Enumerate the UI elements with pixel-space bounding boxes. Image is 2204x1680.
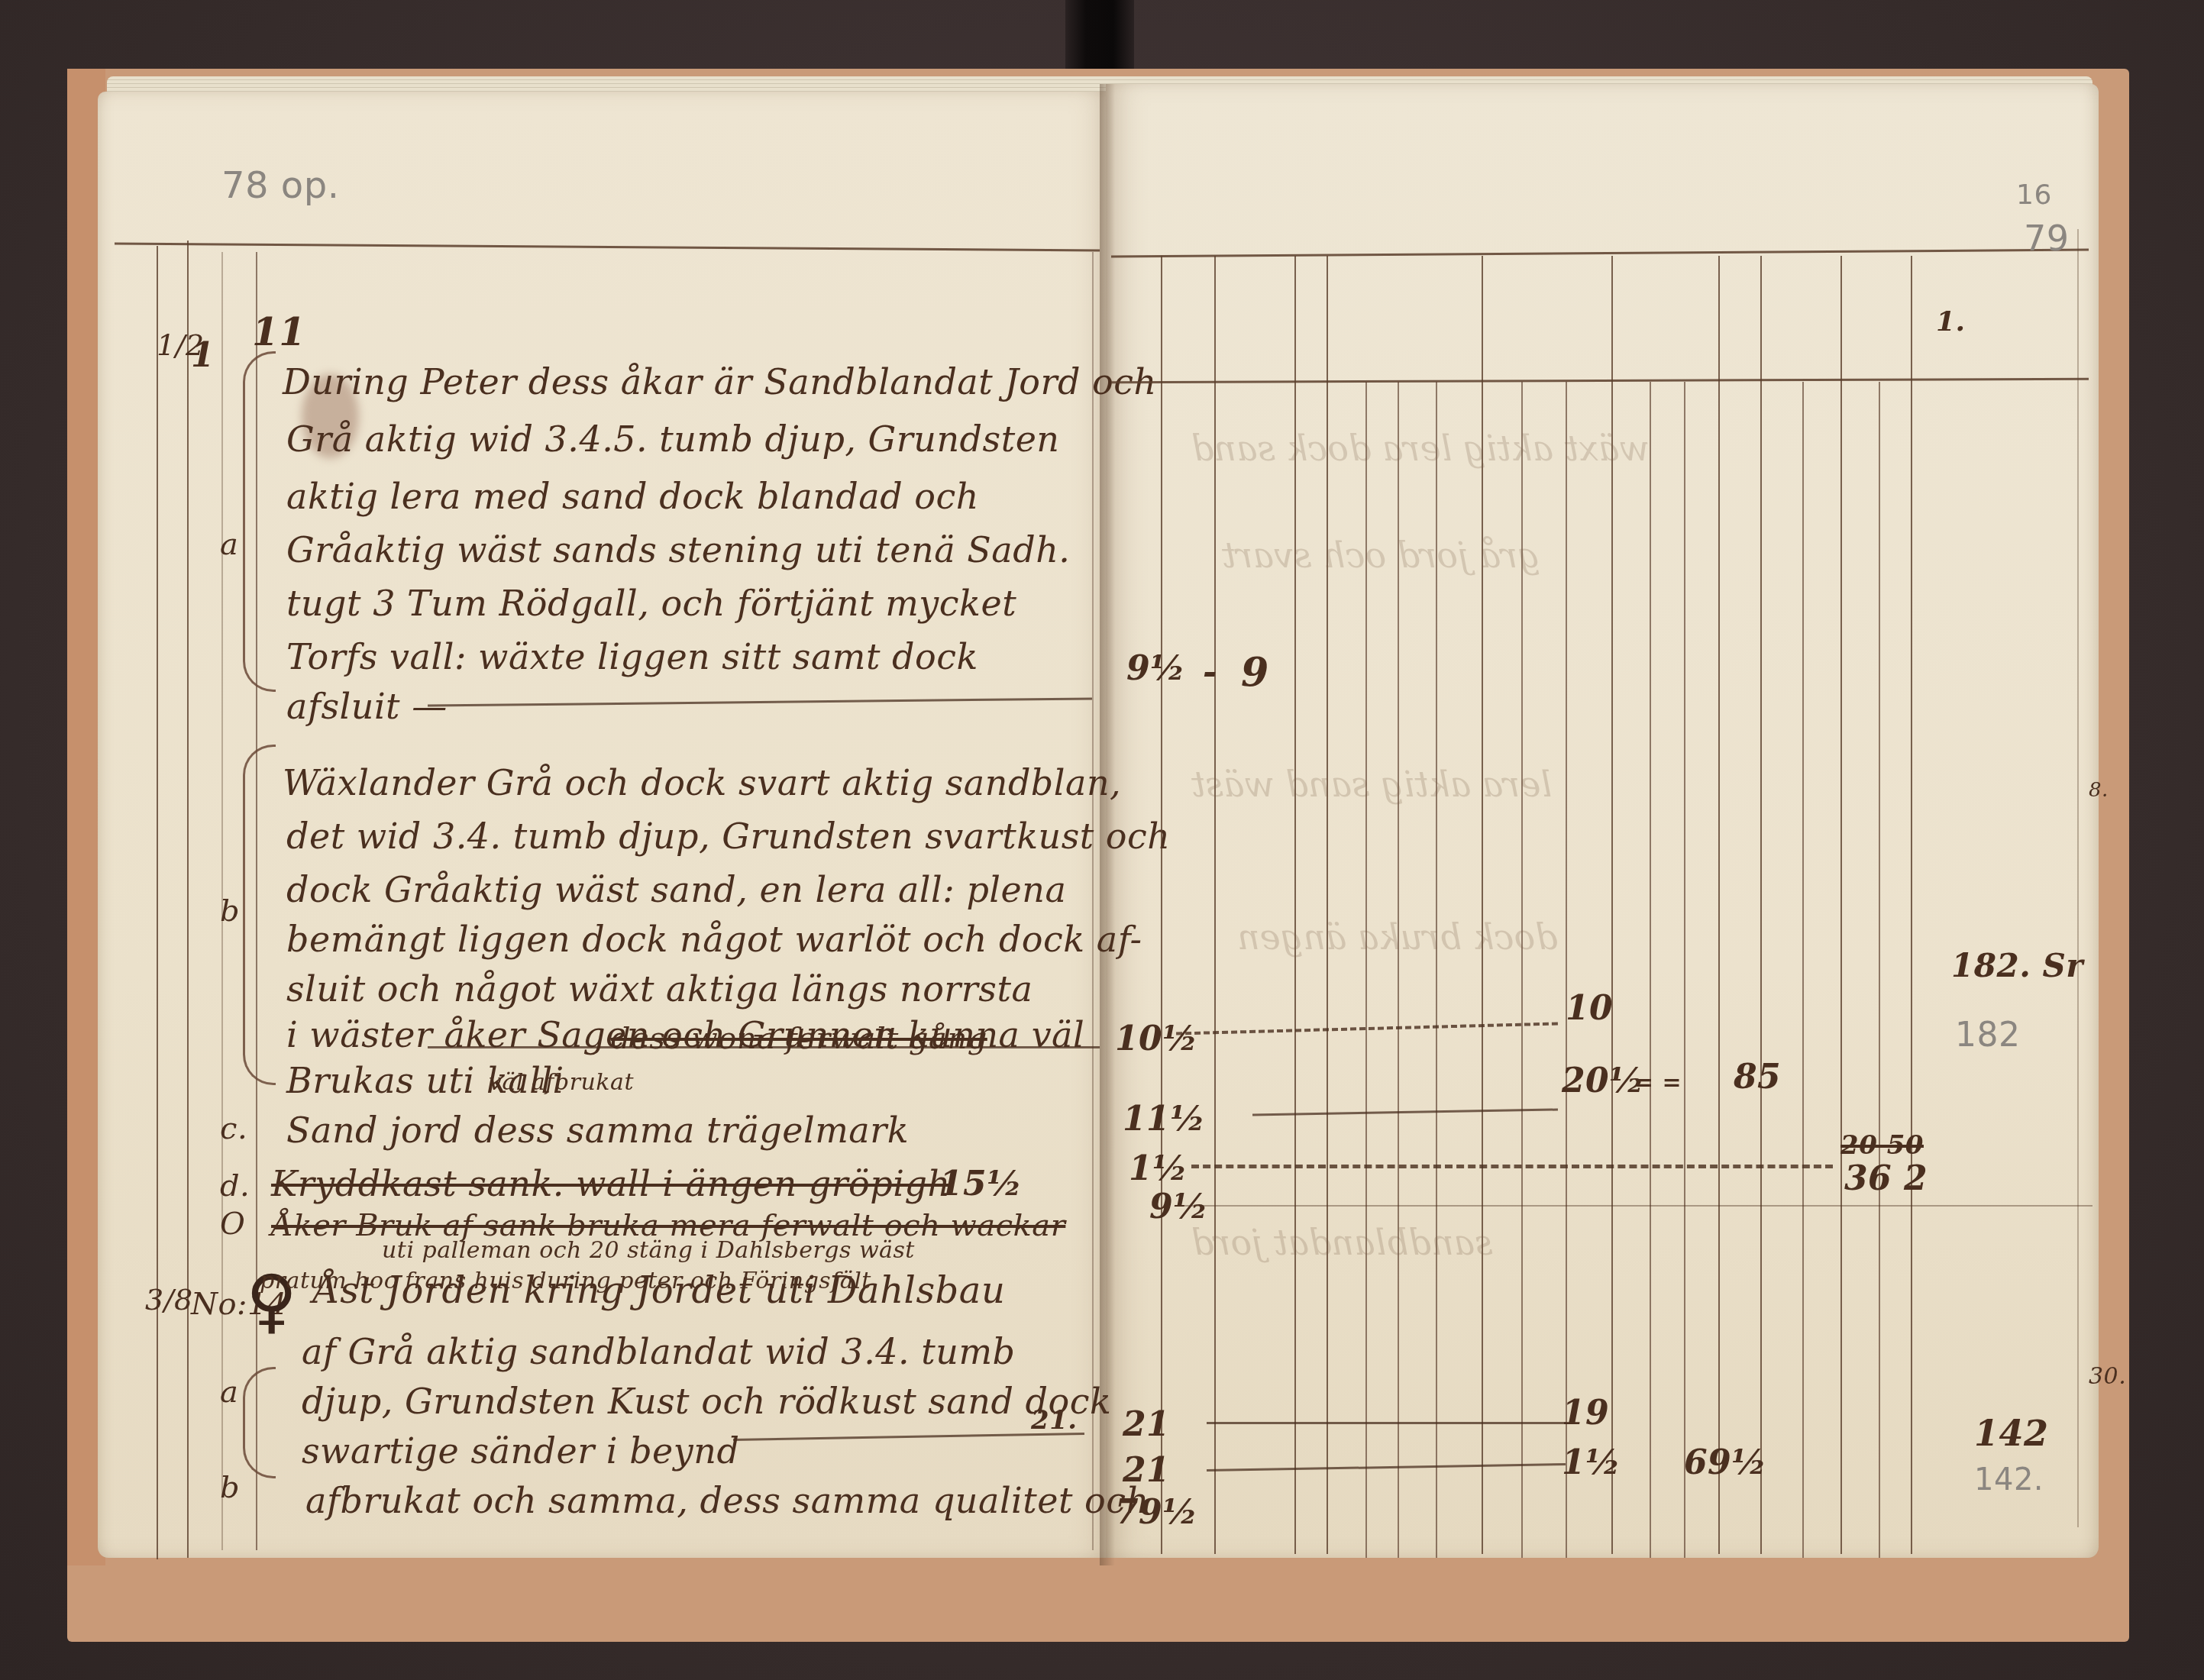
entry-a-line-2: Grå aktig wid 3.4.5. tumb djup, Grundste… (286, 416, 1060, 462)
total-142-ink: 142 (1974, 1413, 2049, 1454)
entry-b-closing-line (428, 1046, 1100, 1048)
cell-row9-total: 79½ (1115, 1493, 1198, 1532)
margin-label-b2: b (220, 1470, 240, 1505)
cell-row8-right2: 69½ (1684, 1443, 1767, 1482)
brace-entry-a (243, 351, 276, 692)
entry-a-line-6: Torfs vall: wäxte liggen sitt samt dock (286, 634, 978, 680)
left-right-edge-rule (1092, 252, 1094, 1550)
entry-b-struck-text: dess wona ferwalt gång (611, 1016, 987, 1061)
cell-row2-right: 10 (1566, 989, 1613, 1028)
cell-row8-right: 1½ (1562, 1443, 1621, 1482)
entry-14b-line: afbrukat och samma, dess samma qualitet … (305, 1478, 1149, 1523)
brace-entry-14a (243, 1367, 276, 1478)
row7-rule (1207, 1422, 1566, 1424)
bleed-through-text: lera aktig sand wäst (1191, 764, 1552, 805)
entry-14a-line-1: af Grå aktig sandblandat wid 3.4. tumb (302, 1329, 1015, 1375)
cell-row8-col1: 21 (1123, 1451, 1170, 1490)
entry-b-line-1: Wäxlander Grå och dock svart aktig sandb… (283, 760, 1121, 806)
dotted-leader (1191, 1165, 1833, 1168)
entry-o-note-1: uti palleman och 20 stäng i Dahlsbergs w… (382, 1237, 915, 1264)
entry-number-11: 11 (252, 309, 306, 354)
total-182-ink: 182. Sr (1951, 947, 2083, 984)
margin-label-d: d. (220, 1168, 250, 1203)
entry-b-line-2: det wid 3.4. tumb djup, Grundsten svartk… (286, 813, 1170, 859)
right-col-rule (1161, 256, 1162, 1554)
right-col-rule (1840, 256, 1842, 1554)
right-col-rule (1802, 382, 1804, 1558)
right-col-rule (1718, 256, 1720, 1554)
right-marker-1: 1. (1936, 305, 1966, 338)
entry-a-line-3: aktig lera med sand dock blandad och (286, 473, 979, 519)
bleed-through-text: wäxt aktig lera dock sand (1191, 428, 1650, 469)
entry-14a-line-3: swartige sänder i beynd (302, 1428, 739, 1474)
bleed-through-text: dock bruka ängen (1237, 916, 1558, 958)
cell-row5-col1: 1½ (1129, 1149, 1188, 1188)
row6-rule (1176, 1205, 2093, 1207)
entry-a-line-4: Gråaktig wäst sands stening uti tenä Sad… (286, 527, 1070, 573)
entry-d-line: Kryddkast sank. wall i ängen gröpigh (271, 1161, 951, 1207)
entry-b-insertion: väl afbrukat (489, 1069, 634, 1096)
ditto-marks: = = (1634, 1069, 1682, 1096)
entry-d-value: 15½ (939, 1165, 1023, 1203)
cell-row3-right2: 85 (1734, 1058, 1781, 1097)
pencil-folio-right-top: 16 (2016, 179, 2052, 211)
cell-row1-dash: - (1203, 653, 1217, 692)
right-col-rule (1684, 382, 1685, 1558)
total-142-pencil: 142. (1974, 1462, 2044, 1497)
left-margin-rule-1 (157, 246, 158, 1559)
pencil-folio-right-bottom: 79 (2024, 218, 2070, 259)
cell-row1-col3: 9 (1241, 649, 1269, 696)
pencil-folio-left: 78 op. (221, 164, 339, 207)
right-col-rule (1879, 382, 1880, 1558)
margin-label-b: b (220, 893, 240, 929)
right-col-rule (1911, 256, 1912, 1554)
margin-label-c: c. (220, 1111, 247, 1146)
side-note-8: 8. (2089, 779, 2109, 802)
cell-row2-col1: 10½ (1115, 1019, 1198, 1058)
cell-row1-col1: 9½ (1126, 649, 1186, 688)
cell-row4-col1: 11½ (1123, 1100, 1206, 1139)
margin-col-number: 1 (191, 336, 215, 375)
right-col-rule (1566, 382, 1567, 1558)
cell-row5-struck: 20 50 (1840, 1130, 1924, 1161)
entry-a-line-5: tugt 3 Tum Rödgall, och förtjänt mycket (286, 580, 1016, 626)
right-edge-rule (2077, 229, 2079, 1527)
entry-b-line-3: dock Gråaktig wäst sand, en lera all: pl… (286, 867, 1066, 913)
margin-fraction-2: 3/8 (145, 1283, 193, 1317)
margin-label-o: O (220, 1207, 245, 1242)
entry-a-line-7: afsluit — (286, 683, 448, 729)
entry-b-line-4: bemängt liggen dock något warlöt och doc… (286, 916, 1142, 962)
right-col-rule (1650, 382, 1651, 1558)
cell-row6-col1: 9½ (1149, 1187, 1209, 1226)
entry-c-line: Sand jord dess samma trägelmark (286, 1107, 909, 1153)
margin-label-a2: a (220, 1375, 238, 1410)
margin-label-a: a (220, 527, 238, 562)
cell-row5-right: 36 2 (1844, 1159, 1928, 1198)
bleed-through-text: sandblandat jord (1191, 1222, 1493, 1263)
cell-row7-col1: 21 (1123, 1405, 1170, 1444)
right-col-rule (1760, 256, 1762, 1554)
cell-row7-right: 19 (1562, 1394, 1609, 1433)
brace-entry-b (243, 745, 276, 1085)
entry-14a-value: 21. (1031, 1405, 1078, 1436)
side-note-30: 30. (2089, 1363, 2126, 1390)
total-182-pencil: 182 (1955, 1016, 2020, 1055)
entry-a-line-1: During Peter dess åkar är Sandblandat Jo… (283, 359, 1157, 405)
cell-row3-right: 20½ (1562, 1061, 1645, 1100)
entry-14-heading: Åst Jorden kring Jordet uti Dahlsbau (313, 1268, 1005, 1313)
bleed-through-text: grå jord och svart (1222, 535, 1540, 576)
entry-b-line-5: sluit och något wäxt aktiga längs norrst… (286, 966, 1033, 1012)
entry-14a-line-2: djup, Grundsten Kust och rödkust sand do… (302, 1378, 1111, 1424)
left-margin-rule-2 (187, 241, 189, 1558)
